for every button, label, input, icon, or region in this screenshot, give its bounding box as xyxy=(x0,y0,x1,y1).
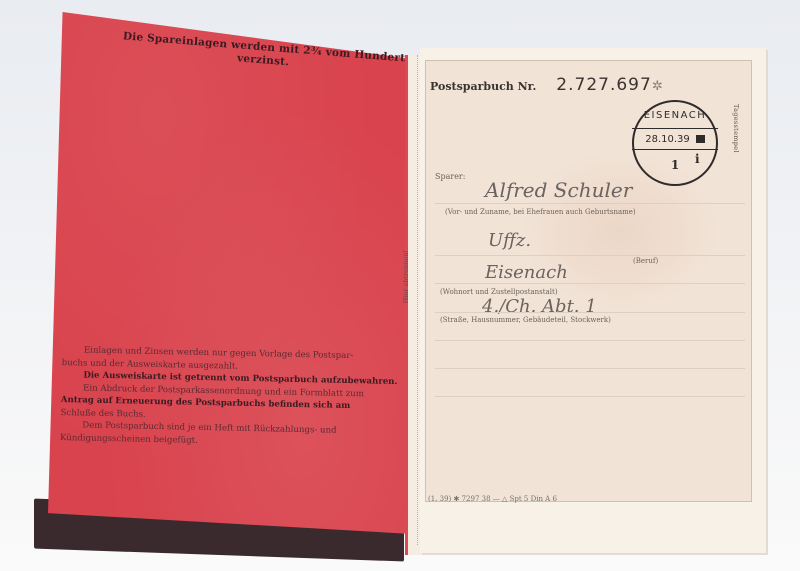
occupation-handwritten: Uffz. xyxy=(488,230,531,251)
residence-caption: (Wohnort und Zustellpostanstalt) xyxy=(440,288,558,296)
red-cover-page xyxy=(48,12,412,534)
blank-rule xyxy=(435,340,745,341)
name-rule xyxy=(435,203,745,204)
occupation-rule xyxy=(435,255,745,256)
tear-here-caption: Hier abtrennen! xyxy=(402,250,410,303)
address-caption: (Straße, Hausnummer, Gebäudeteil, Stockw… xyxy=(440,316,611,324)
cover-instructions: Einlagen und Zinsen werden nur gegen Vor… xyxy=(60,345,412,452)
date-stamp-caption: Tagesstempel xyxy=(732,104,740,153)
blank-rule xyxy=(435,396,745,397)
residence-rule xyxy=(435,283,745,284)
saver-label: Sparer: xyxy=(435,172,465,181)
saver-name-handwritten: Alfred Schuler xyxy=(485,178,632,202)
stamp-office: 1 xyxy=(634,158,716,172)
blank-rule xyxy=(435,368,745,369)
passbook-number-group: 2.727.697✲ xyxy=(556,75,662,95)
asterisk-icon: ✲ xyxy=(652,79,663,94)
address-rule xyxy=(435,312,745,313)
address-handwritten: 4./Ch. Abt. 1 xyxy=(482,296,597,317)
stamp-sub: i xyxy=(695,152,700,166)
stamp-city: EISENACH xyxy=(634,110,716,121)
print-code-footer: (1. 39) ✱ 7297 38 — △ Spt 5 Din A 6 xyxy=(428,495,557,503)
stamp-time-block-icon xyxy=(696,135,705,143)
stamp-date: 28.10.39 xyxy=(645,134,690,145)
postmark-stamp: EISENACH 28.10.39 1 i xyxy=(632,100,718,186)
occupation-caption: (Beruf) xyxy=(633,257,658,265)
stamp-date-band: 28.10.39 xyxy=(632,128,718,150)
passbook-number: 2.727.697 xyxy=(556,75,652,95)
perforation-line xyxy=(417,55,418,545)
residence-handwritten: Eisenach xyxy=(485,262,568,283)
name-caption: (Vor- und Zuname, bei Ehefrauen auch Geb… xyxy=(445,208,636,216)
passbook-label: Postsparbuch Nr. xyxy=(430,80,536,93)
passbook-number-row: Postsparbuch Nr. 2.727.697✲ xyxy=(430,75,663,95)
